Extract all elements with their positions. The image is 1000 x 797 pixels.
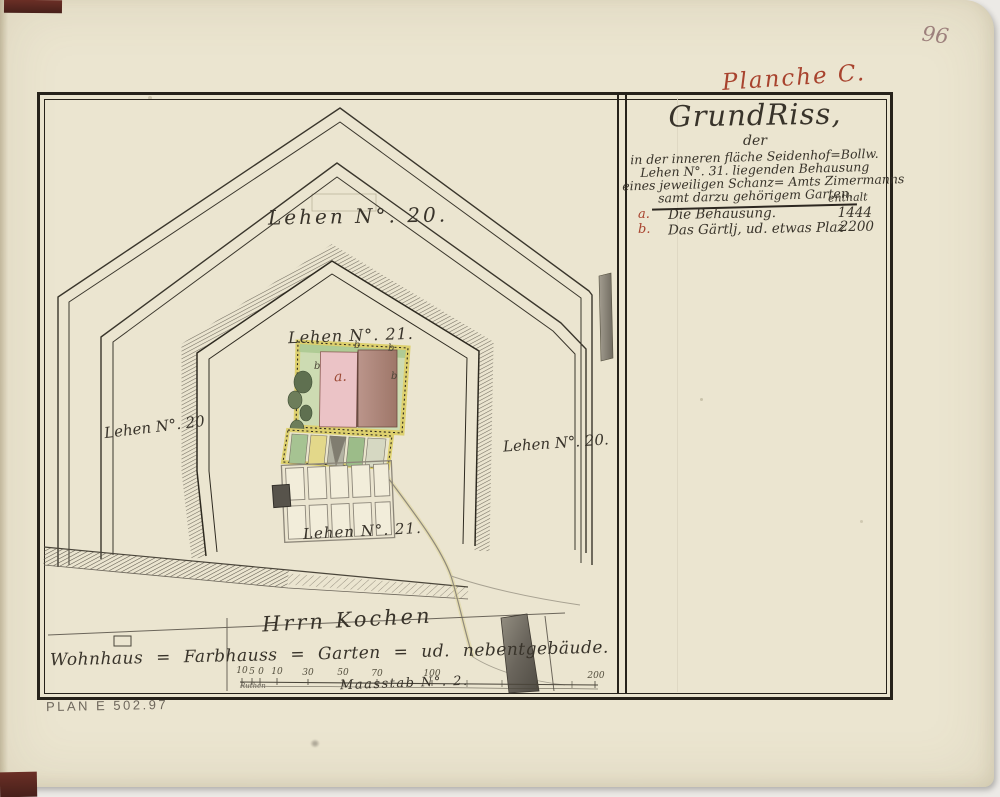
item-b-value: 2200 (822, 220, 874, 234)
road-branch-line (451, 576, 580, 605)
scale-tick-label: 0 (258, 667, 264, 677)
contents-heading: enthalt (828, 191, 868, 204)
building-plot (296, 342, 408, 433)
right-wall-shading (599, 273, 613, 361)
scale-tick-label: 30 (302, 668, 313, 678)
archive-stamp: PLAN E 502.97 (46, 697, 168, 714)
label-plot-b: b (314, 362, 320, 373)
scale-tick-label: 5 (249, 667, 255, 677)
binding-strip-top (4, 0, 62, 13)
small-outbuilding (114, 636, 131, 646)
item-a-letter: a. (638, 208, 650, 222)
item-a-label: Die Behausung. (668, 206, 776, 222)
scale-tick-label: 10 (271, 667, 282, 677)
item-b-letter: b. (638, 223, 650, 237)
house-a (319, 352, 357, 428)
label-lehen20-top: Lehen N°. 20. (268, 204, 448, 228)
garden-beds (283, 430, 392, 468)
label-plot-b: b (354, 341, 360, 352)
label-plot-b: b (388, 344, 394, 355)
binding-strip-bottom (0, 772, 37, 797)
label-plot-b: b (391, 372, 397, 383)
pencil-smudge (310, 739, 320, 748)
house-annex (358, 350, 397, 427)
scanned-plan-page: Planche C. 96 GrundRiss, der in der inne… (0, 0, 1000, 797)
label-house-a: a. (334, 370, 348, 385)
fortification-plan-drawing (40, 95, 618, 694)
page-number: 96 (921, 22, 950, 47)
title: GrundRiss, (622, 98, 888, 133)
item-b-label: Das Gärtlj, ud. etwas Plaz (668, 220, 845, 237)
scale-end-label: 200 (587, 671, 604, 681)
scale-unit: Ruthen (240, 683, 266, 690)
shed (272, 484, 290, 507)
glacis-hatching-light (288, 579, 468, 593)
scale-tick-label: 50 (337, 668, 348, 678)
glacis-hatching-dark (44, 556, 288, 579)
scale-tick-label: 10 (236, 666, 247, 676)
